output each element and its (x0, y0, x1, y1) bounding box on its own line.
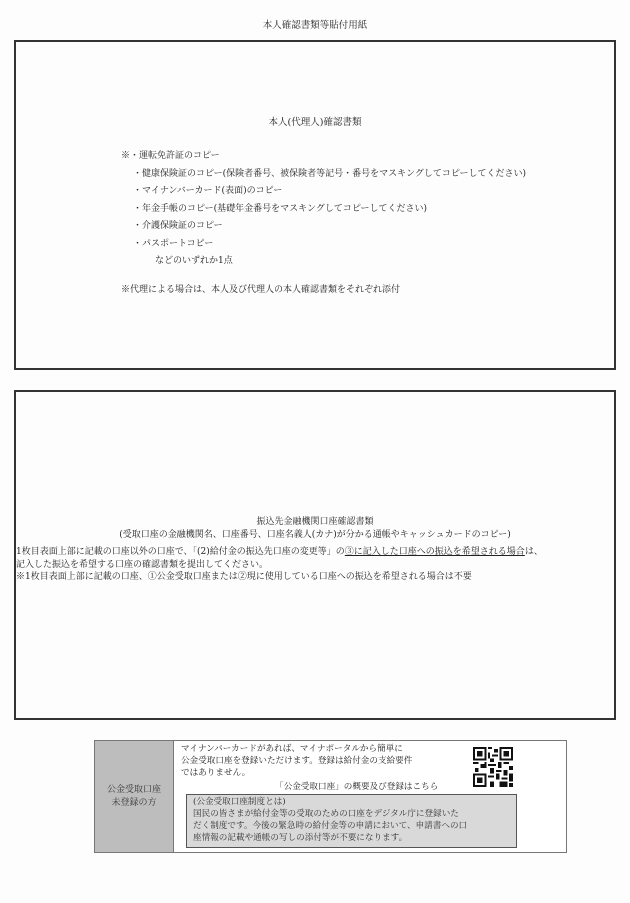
public-account-registration-table: 公金受取口座未登録の方 マイナンバーカードがあれば、マイナポータルから簡単に 公… (94, 740, 567, 853)
document-title: 本人確認書類等貼付用紙 (0, 17, 630, 31)
list-item: ・介護保険証のコピー (121, 218, 526, 236)
system-line: 座情報の記載や通帳の写しの添付等が不要になります。 (193, 832, 510, 844)
instruction-line-1: 1枚目表面上部に記載の口座以外の口座で、「(2)給付金の振込先口座の変更等」の③… (16, 546, 543, 559)
instruction-line-2: 記入した振込を希望する口座の確認書類を提出してください。 (16, 559, 543, 572)
qr-code-icon[interactable] (473, 747, 513, 787)
identity-document-list: ※・運転免許証のコピー ・健康保険証のコピー(保険者番号、被保険者等記号・番号を… (121, 148, 526, 271)
underlined-text: ③に記入した口座への振込を希望される場合 (345, 547, 525, 557)
list-item: ・マイナンバーカード(表面)のコピー (121, 183, 526, 201)
bank-heading-title: 振込先金融機関口座確認書類 (16, 516, 614, 529)
system-description-box: (公金受取口座制度とは) 国民の皆さまが給付金等の受取のための口座をデジタル庁に… (186, 794, 517, 848)
bank-box-heading: 振込先金融機関口座確認書類 (受取口座の金融機関名、口座番号、口座名義人(カナ)… (16, 516, 614, 542)
proxy-note: ※代理による場合は、本人及び代理人の本人確認書類をそれぞれ添付 (121, 282, 400, 295)
instruction-text: 1枚目表面上部に記載の口座以外の口座で、「(2)給付金の振込先口座の変更等」の (16, 547, 345, 557)
bank-box-instructions: 1枚目表面上部に記載の口座以外の口座で、「(2)給付金の振込先口座の変更等」の③… (16, 546, 543, 584)
registration-intro: マイナンバーカードがあれば、マイナポータルから簡単に 公金受取口座を登録いただけ… (181, 743, 412, 779)
any-one-note: などのいずれか1点 (121, 253, 526, 271)
system-line: だく制度です。今後の緊急時の給付金等の申請において、申請書への口 (193, 820, 510, 832)
system-title: (公金受取口座制度とは) (193, 796, 510, 808)
instruction-text: は、 (525, 547, 543, 557)
list-item: ・パスポートコピー (121, 236, 526, 254)
registration-label: 公金受取口座未登録の方 (95, 741, 174, 852)
instruction-line-3: ※1枚目表面上部に記載の口座、①公金受取口座または②現に使用している口座への振込… (16, 571, 543, 584)
registration-link-text: 「公金受取口座」の概要及び登録はこちら (275, 780, 438, 792)
identity-documents-box: 本人(代理人)確認書類 ※・運転免許証のコピー ・健康保険証のコピー(保険者番号… (14, 40, 616, 370)
system-line: 国民の皆さまが給付金等の受取のための口座をデジタル庁に登録いた (193, 808, 510, 820)
intro-line: マイナンバーカードがあれば、マイナポータルから簡単に (181, 743, 412, 755)
label-line: 未登録の方 (111, 798, 156, 808)
intro-line: ではありません。 (181, 767, 412, 779)
bank-account-box: 振込先金融機関口座確認書類 (受取口座の金融機関名、口座番号、口座名義人(カナ)… (14, 390, 616, 720)
bank-heading-subtitle: (受取口座の金融機関名、口座番号、口座名義人(カナ)が分かる通帳やキャッシュカー… (16, 529, 614, 542)
list-item: ※・運転免許証のコピー (121, 148, 526, 166)
identity-box-heading: 本人(代理人)確認書類 (16, 114, 614, 128)
intro-line: 公金受取口座を登録いただけます。登録は給付金の支給要件 (181, 755, 412, 767)
label-line: 公金受取口座 (107, 785, 161, 795)
list-item: ・健康保険証のコピー(保険者番号、被保険者等記号・番号をマスキングしてコピーして… (121, 166, 526, 184)
list-item: ・年金手帳のコピー(基礎年金番号をマスキングしてコピーしてください) (121, 201, 526, 219)
